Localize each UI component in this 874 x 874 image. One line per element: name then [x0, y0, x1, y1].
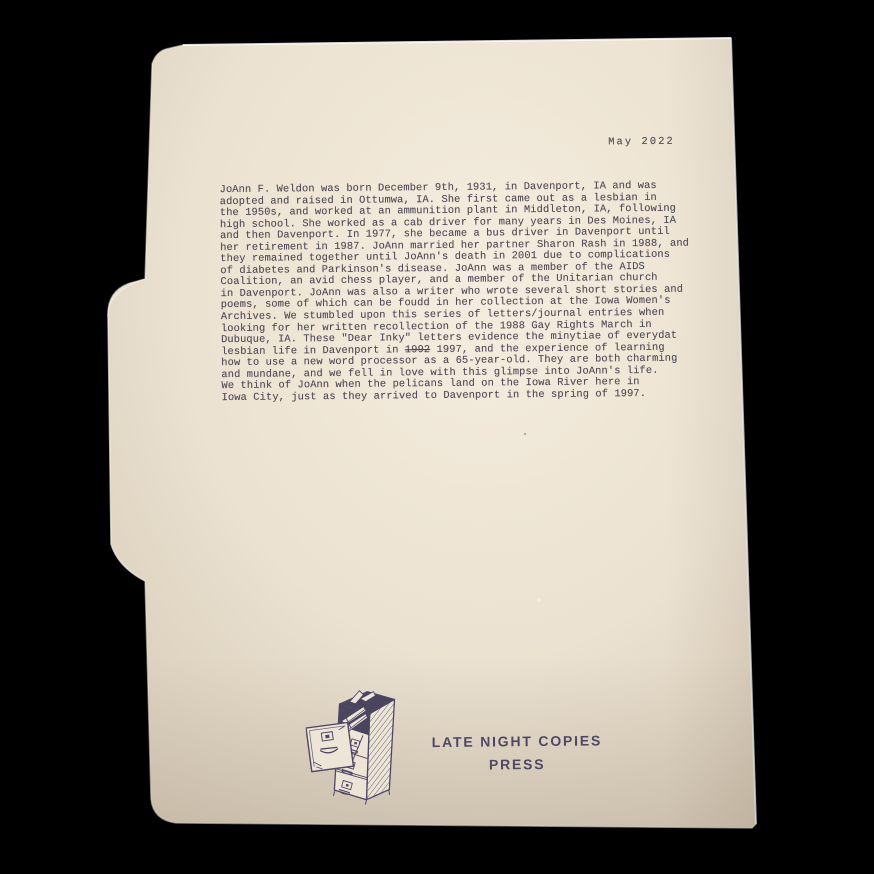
date-label: May 2022: [608, 136, 675, 149]
publisher-name-line1: LATE NIGHT COPIES: [411, 729, 623, 754]
publisher-name-line2: PRESS: [411, 752, 623, 777]
publisher-stamp: LATE NIGHT COPIES PRESS: [411, 729, 623, 776]
letter-body: JoAnn F. Weldon was born December 9th, 1…: [220, 181, 691, 405]
filing-cabinet-icon: [305, 686, 403, 805]
open-drawer: [306, 723, 353, 772]
folder-front-content: May 2022 JoAnn F. Weldon was born Decemb…: [0, 0, 874, 874]
letter-line: Iowa City, just as they arrived to Daven…: [222, 388, 691, 404]
photo-scene: May 2022 JoAnn F. Weldon was born Decemb…: [0, 0, 874, 874]
